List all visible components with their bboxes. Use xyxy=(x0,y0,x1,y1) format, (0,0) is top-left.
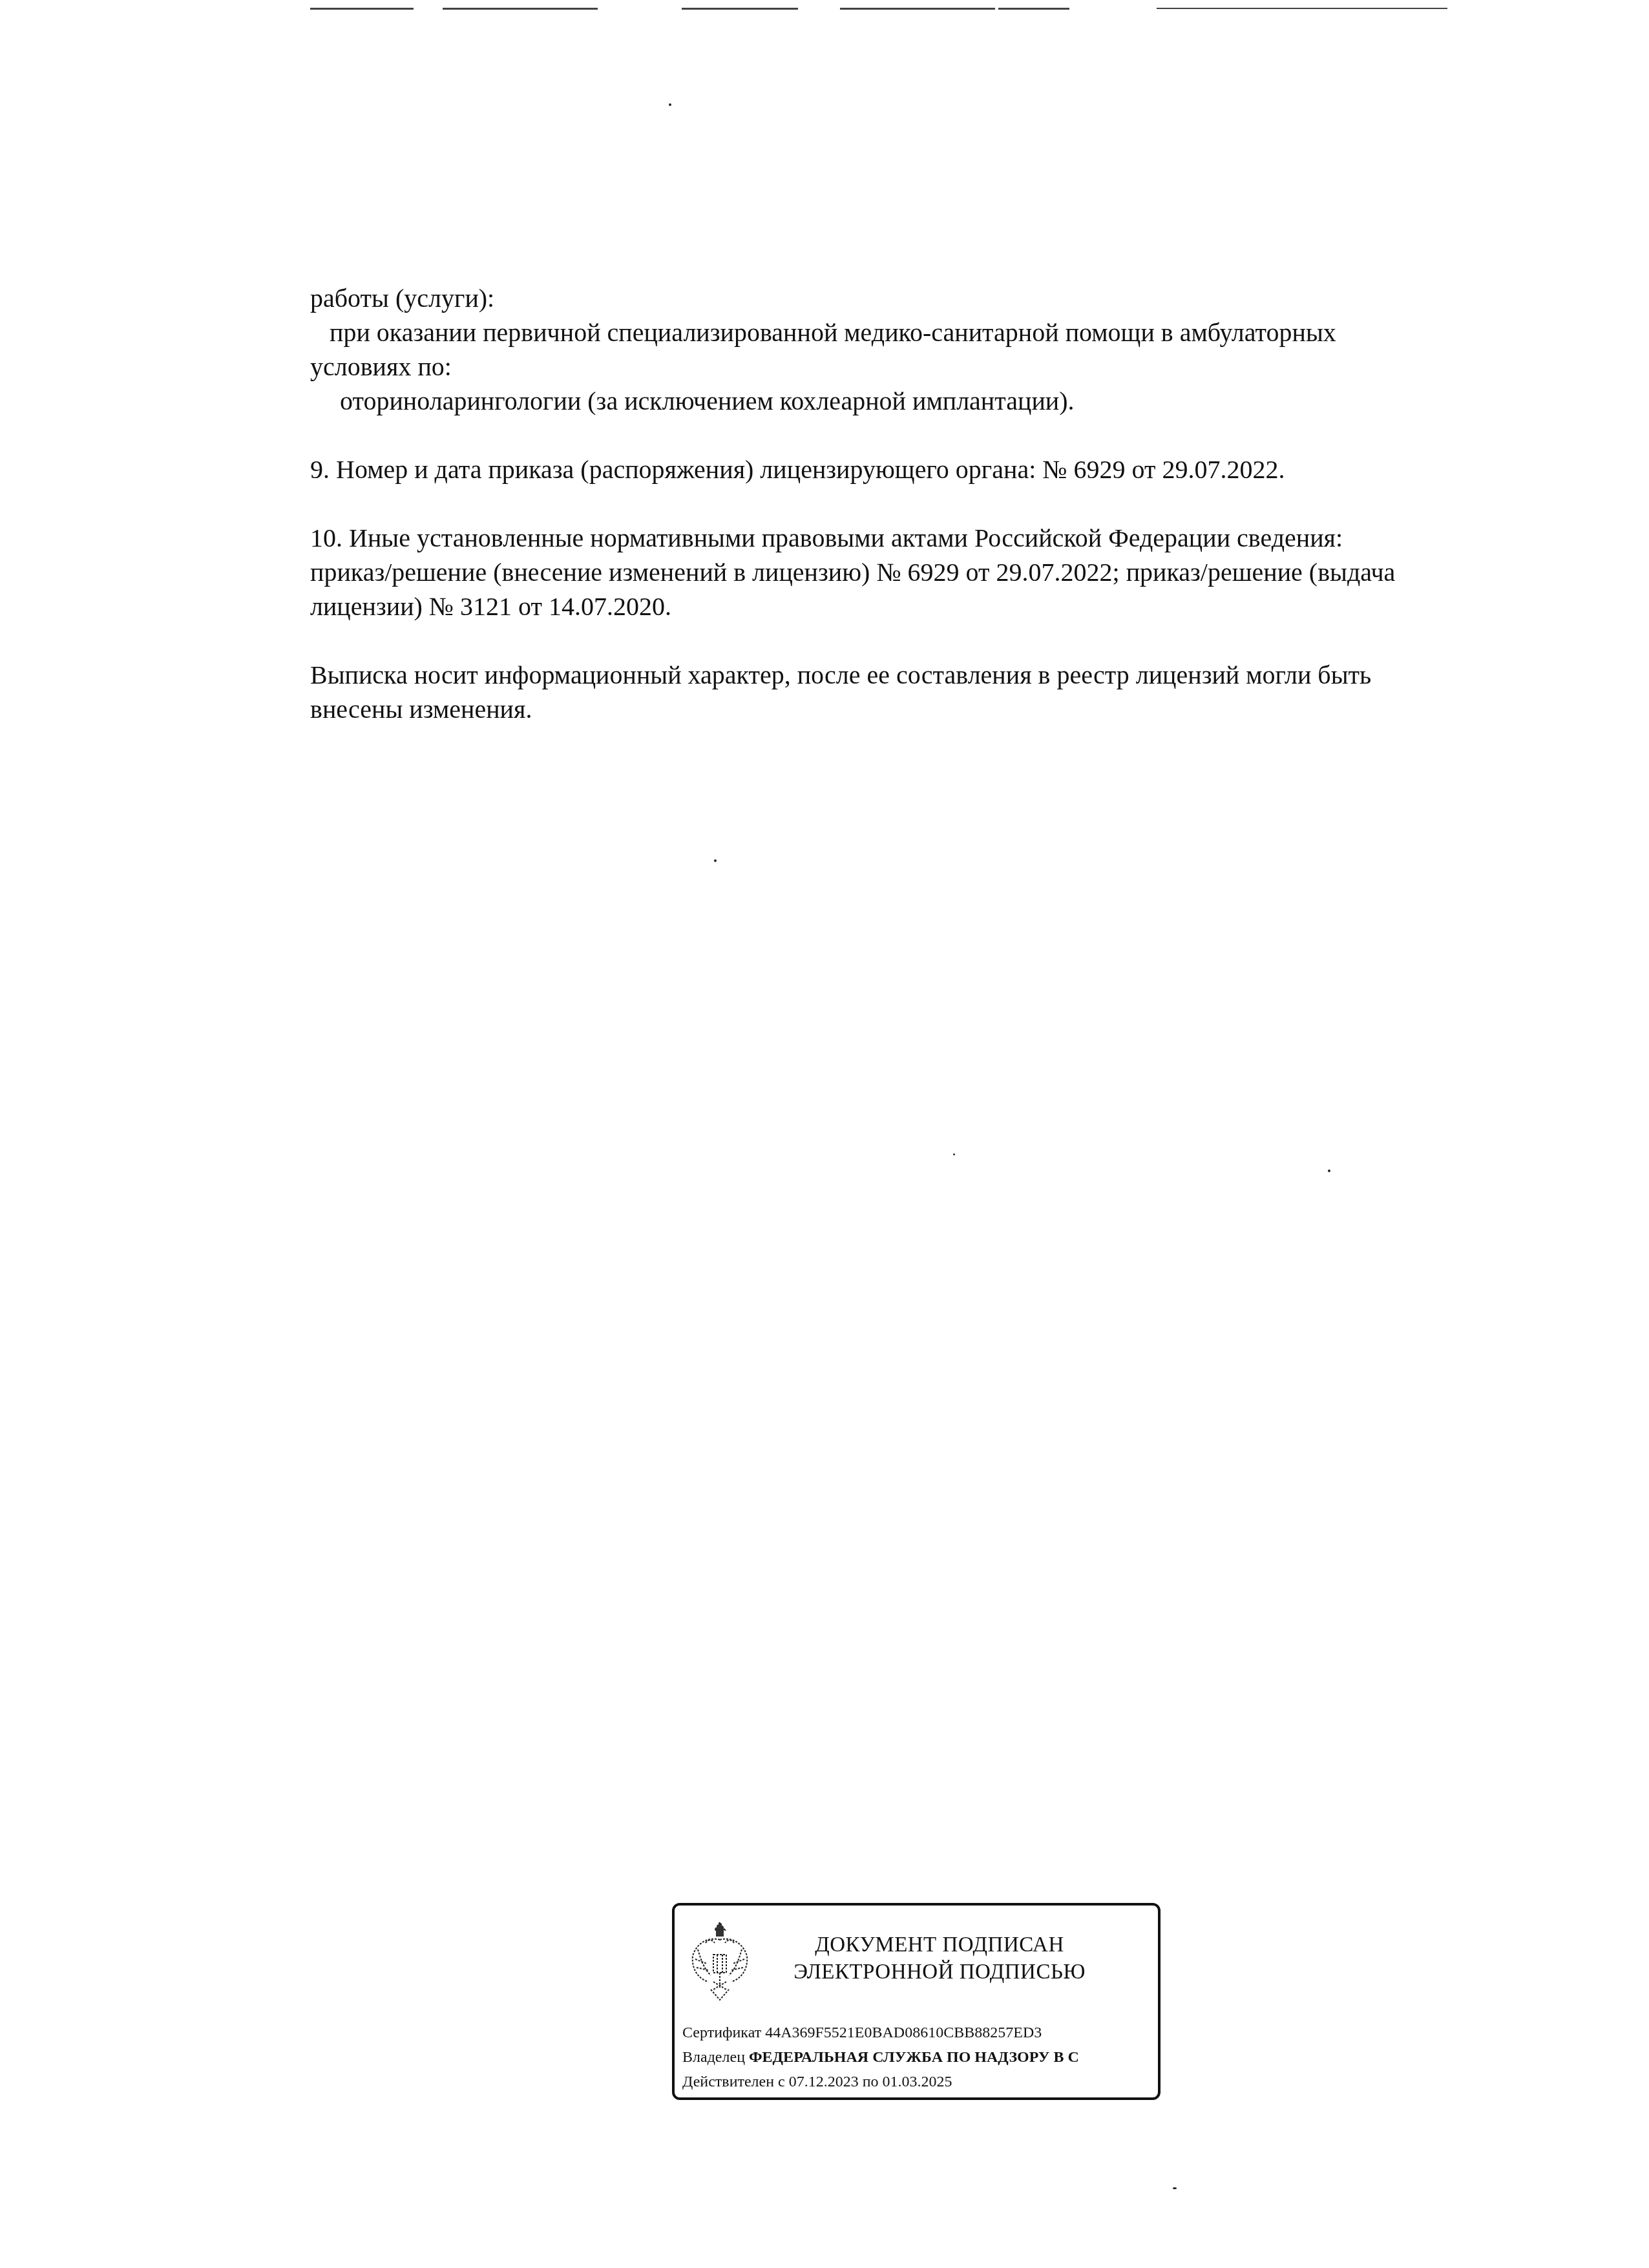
stamp-title-line2: ЭЛЕКТРОННОЙ ПОДПИСЬЮ xyxy=(772,1958,1108,1986)
validity-label: Действителен с xyxy=(682,2074,785,2090)
disclaimer-line: внесены изменения. xyxy=(310,692,1557,726)
service-context-cont: условиях по: xyxy=(310,350,1557,384)
section-9-order-number-date: 9. Номер и дата приказа (распоряжения) л… xyxy=(310,452,1557,487)
scan-artifact-line xyxy=(310,8,414,10)
valid-from: 07.12.2023 xyxy=(789,2074,859,2090)
service-specialty: оториноларингологии (за исключением кохл… xyxy=(310,384,1557,418)
owner-label: Владелец xyxy=(682,2049,745,2066)
valid-to: 01.03.2025 xyxy=(883,2074,952,2090)
service-context: при оказании первичной специализированно… xyxy=(310,315,1557,350)
russian-coat-of-arms-icon xyxy=(689,1917,751,2004)
disclaimer-line: Выписка носит информационный характер, п… xyxy=(310,658,1557,692)
scan-artifact-line xyxy=(998,8,1069,10)
section-10-line: лицензии) № 3121 от 14.07.2020. xyxy=(310,589,1557,624)
scan-speck xyxy=(1173,2187,1177,2189)
stamp-title-line1: ДОКУМЕНТ ПОДПИСАН xyxy=(772,1931,1108,1958)
scan-speck xyxy=(714,859,717,862)
stamp-title: ДОКУМЕНТ ПОДПИСАН ЭЛЕКТРОННОЙ ПОДПИСЬЮ xyxy=(772,1931,1108,1986)
stamp-certificate-info: Сертификат 44A369F5521E0BAD08610CBB88257… xyxy=(682,2021,1079,2094)
scan-speck xyxy=(1328,1170,1330,1172)
license-extract-body: работы (услуги): при оказании первичной … xyxy=(310,281,1557,726)
scan-artifact-line xyxy=(1157,8,1447,9)
section-10-line: 10. Иные установленные нормативными прав… xyxy=(310,521,1557,555)
owner-row: Владелец ФЕДЕРАЛЬНАЯ СЛУЖБА ПО НАДЗОРУ В… xyxy=(682,2045,1079,2070)
scan-artifact-line xyxy=(443,8,598,10)
owner-value: ФЕДЕРАЛЬНАЯ СЛУЖБА ПО НАДЗОРУ В С xyxy=(749,2049,1079,2066)
certificate-row: Сертификат 44A369F5521E0BAD08610CBB88257… xyxy=(682,2021,1079,2045)
validity-to-label: по xyxy=(863,2074,879,2090)
certificate-value: 44A369F5521E0BAD08610CBB88257ED3 xyxy=(765,2024,1042,2041)
scan-speck xyxy=(669,103,671,106)
scan-artifact-line xyxy=(840,8,995,10)
scan-speck xyxy=(953,1153,955,1155)
works-services-heading: работы (услуги): xyxy=(310,281,1557,315)
validity-row: Действителен с 07.12.2023 по 01.03.2025 xyxy=(682,2070,1079,2094)
scan-artifact-line xyxy=(682,8,798,10)
section-10-line: приказ/решение (внесение изменений в лиц… xyxy=(310,555,1557,589)
certificate-label: Сертификат xyxy=(682,2024,761,2041)
electronic-signature-stamp: ДОКУМЕНТ ПОДПИСАН ЭЛЕКТРОННОЙ ПОДПИСЬЮ С… xyxy=(672,1903,1161,2100)
